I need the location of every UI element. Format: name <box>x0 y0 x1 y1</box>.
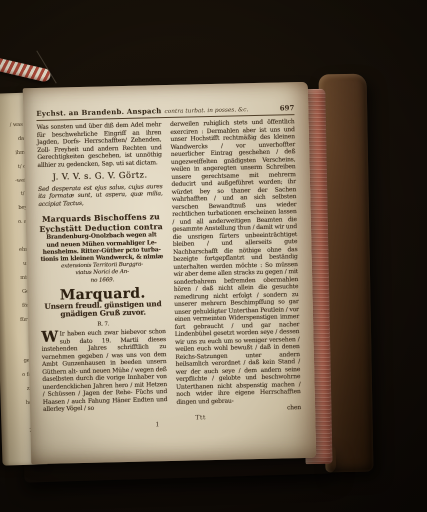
photo-background: &c./ was unsdaß inihm all-t/ oder-weiden… <box>0 0 427 512</box>
body-paragraph: WIr haben euch zwar hiebevor schon sub d… <box>41 328 167 413</box>
intro-paragraph: Was sonsten und über diß dem Adel mehr f… <box>37 121 162 169</box>
running-head-title: Eychst. an Brandenb. Anspach <box>36 106 161 118</box>
gathering-signature: Ttt <box>195 414 206 421</box>
two-column-text: Was sonsten und über diß dem Adel mehr f… <box>37 118 302 417</box>
body-paragraph: derweilen ruhiglich stets und öffentlich… <box>170 118 301 406</box>
body-text: Ir haben euch zwar hiebevor schon sub da… <box>42 328 168 413</box>
left-column: Was sonsten und über diß dem Adel mehr f… <box>37 121 168 417</box>
page-number: 697 <box>280 103 295 112</box>
greeting-line: Unsern freudl. günstigen und gnädigen Gr… <box>41 300 166 320</box>
book-page: Eychst. an Brandenb. Anspach contra turb… <box>23 82 316 464</box>
left-signature-mark: 1 <box>155 421 159 428</box>
running-head-subtitle: contra turbat. in posses. &c. <box>164 107 248 115</box>
page-content: Eychst. an Brandenb. Anspach contra turb… <box>36 103 302 454</box>
drop-cap: W <box>41 331 58 344</box>
book-headband <box>0 56 52 83</box>
attribution-line: J. V. V. s. G. V. Görtz. <box>38 171 163 181</box>
latin-quote: Sed desperata est ejus salus, cujus aure… <box>38 183 163 208</box>
deduction-title: Marquards Bischoffens zuEychstätt Deduct… <box>39 212 165 286</box>
running-head: Eychst. an Brandenb. Anspach contra turb… <box>36 103 294 120</box>
right-column: derweilen ruhiglich stets und öffentlich… <box>170 118 301 414</box>
